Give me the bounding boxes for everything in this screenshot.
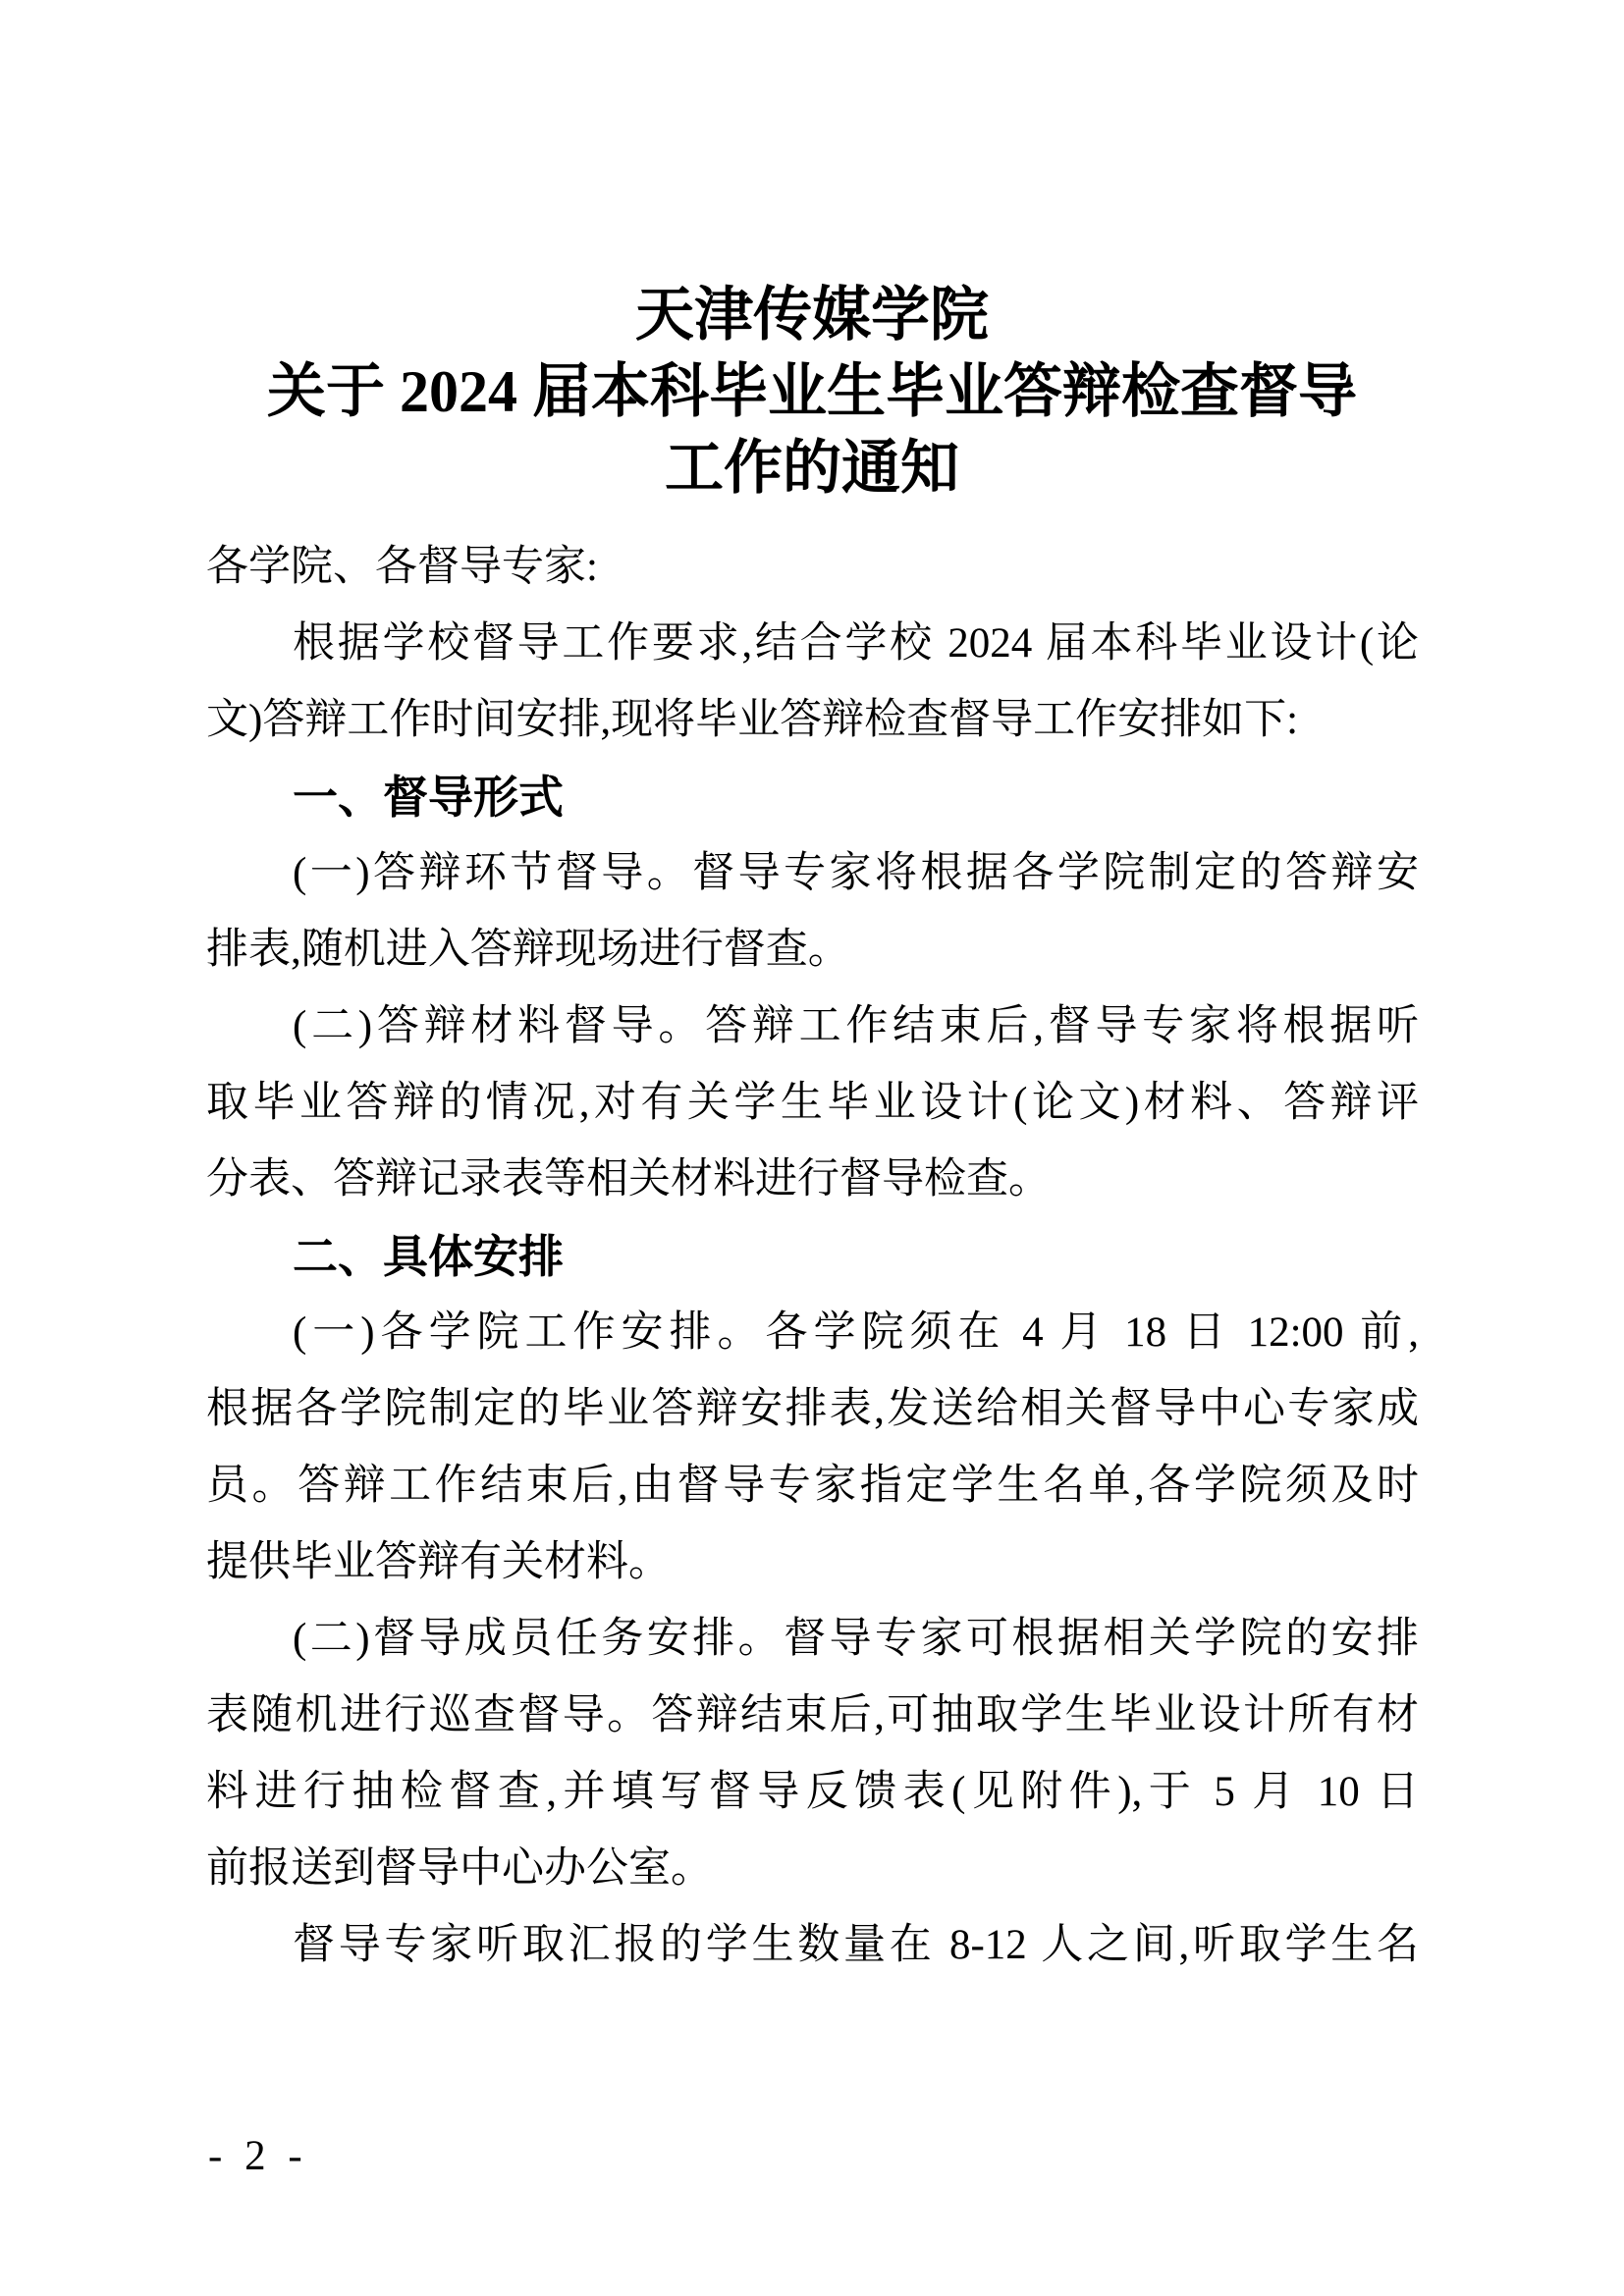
- body-line: 前报送到督导中心办公室。: [206, 1831, 1419, 1907]
- body-line: (二)督导成员任务安排。督导专家可根据相关学院的安排: [206, 1601, 1419, 1678]
- title-line-1: 天津传媒学院: [0, 277, 1624, 353]
- salutation-line: 各学院、各督导专家:: [206, 529, 1419, 606]
- section-heading-1: 一、督导形式: [206, 759, 1419, 835]
- document-title: 天津传媒学院 关于 2024 届本科毕业生毕业答辩检查督导 工作的通知: [0, 277, 1624, 507]
- body-line: 督导专家听取汇报的学生数量在 8-12 人之间,听取学生名: [206, 1907, 1419, 1984]
- body-line: 提供毕业答辩有关材料。: [206, 1524, 1419, 1601]
- body-line: (一)各学院工作安排。各学院须在 4 月 18 日 12:00 前,: [206, 1295, 1419, 1371]
- notice-document-page: 天津传媒学院 关于 2024 届本科毕业生毕业答辩检查督导 工作的通知 各学院、…: [0, 0, 1624, 2296]
- body-line: 料进行抽检督查,并填写督导反馈表(见附件),于 5 月 10 日: [206, 1754, 1419, 1831]
- body-line: 文)答辩工作时间安排,现将毕业答辩检查督导工作安排如下:: [206, 682, 1419, 759]
- body-line: 分表、答辩记录表等相关材料进行督导检查。: [206, 1142, 1419, 1218]
- body-line: 根据学校督导工作要求,结合学校 2024 届本科毕业设计(论: [206, 606, 1419, 682]
- body-line: 员。答辩工作结束后,由督导专家指定学生名单,各学院须及时: [206, 1448, 1419, 1524]
- body-line: 根据各学院制定的毕业答辩安排表,发送给相关督导中心专家成: [206, 1371, 1419, 1448]
- document-body: 各学院、各督导专家: 根据学校督导工作要求,结合学校 2024 届本科毕业设计(…: [206, 529, 1419, 1984]
- page-number: - 2 -: [208, 2130, 308, 2183]
- body-line: 取毕业答辩的情况,对有关学生毕业设计(论文)材料、答辩评: [206, 1065, 1419, 1142]
- section-heading-2: 二、具体安排: [206, 1218, 1419, 1295]
- title-line-3: 工作的通知: [0, 430, 1624, 507]
- body-line: 排表,随机进入答辩现场进行督查。: [206, 912, 1419, 988]
- body-line: 表随机进行巡查督导。答辩结束后,可抽取学生毕业设计所有材: [206, 1678, 1419, 1754]
- body-line: (一)答辩环节督导。督导专家将根据各学院制定的答辩安: [206, 835, 1419, 912]
- body-line: (二)答辩材料督导。答辩工作结束后,督导专家将根据听: [206, 988, 1419, 1065]
- title-line-2: 关于 2024 届本科毕业生毕业答辩检查督导: [0, 353, 1624, 430]
